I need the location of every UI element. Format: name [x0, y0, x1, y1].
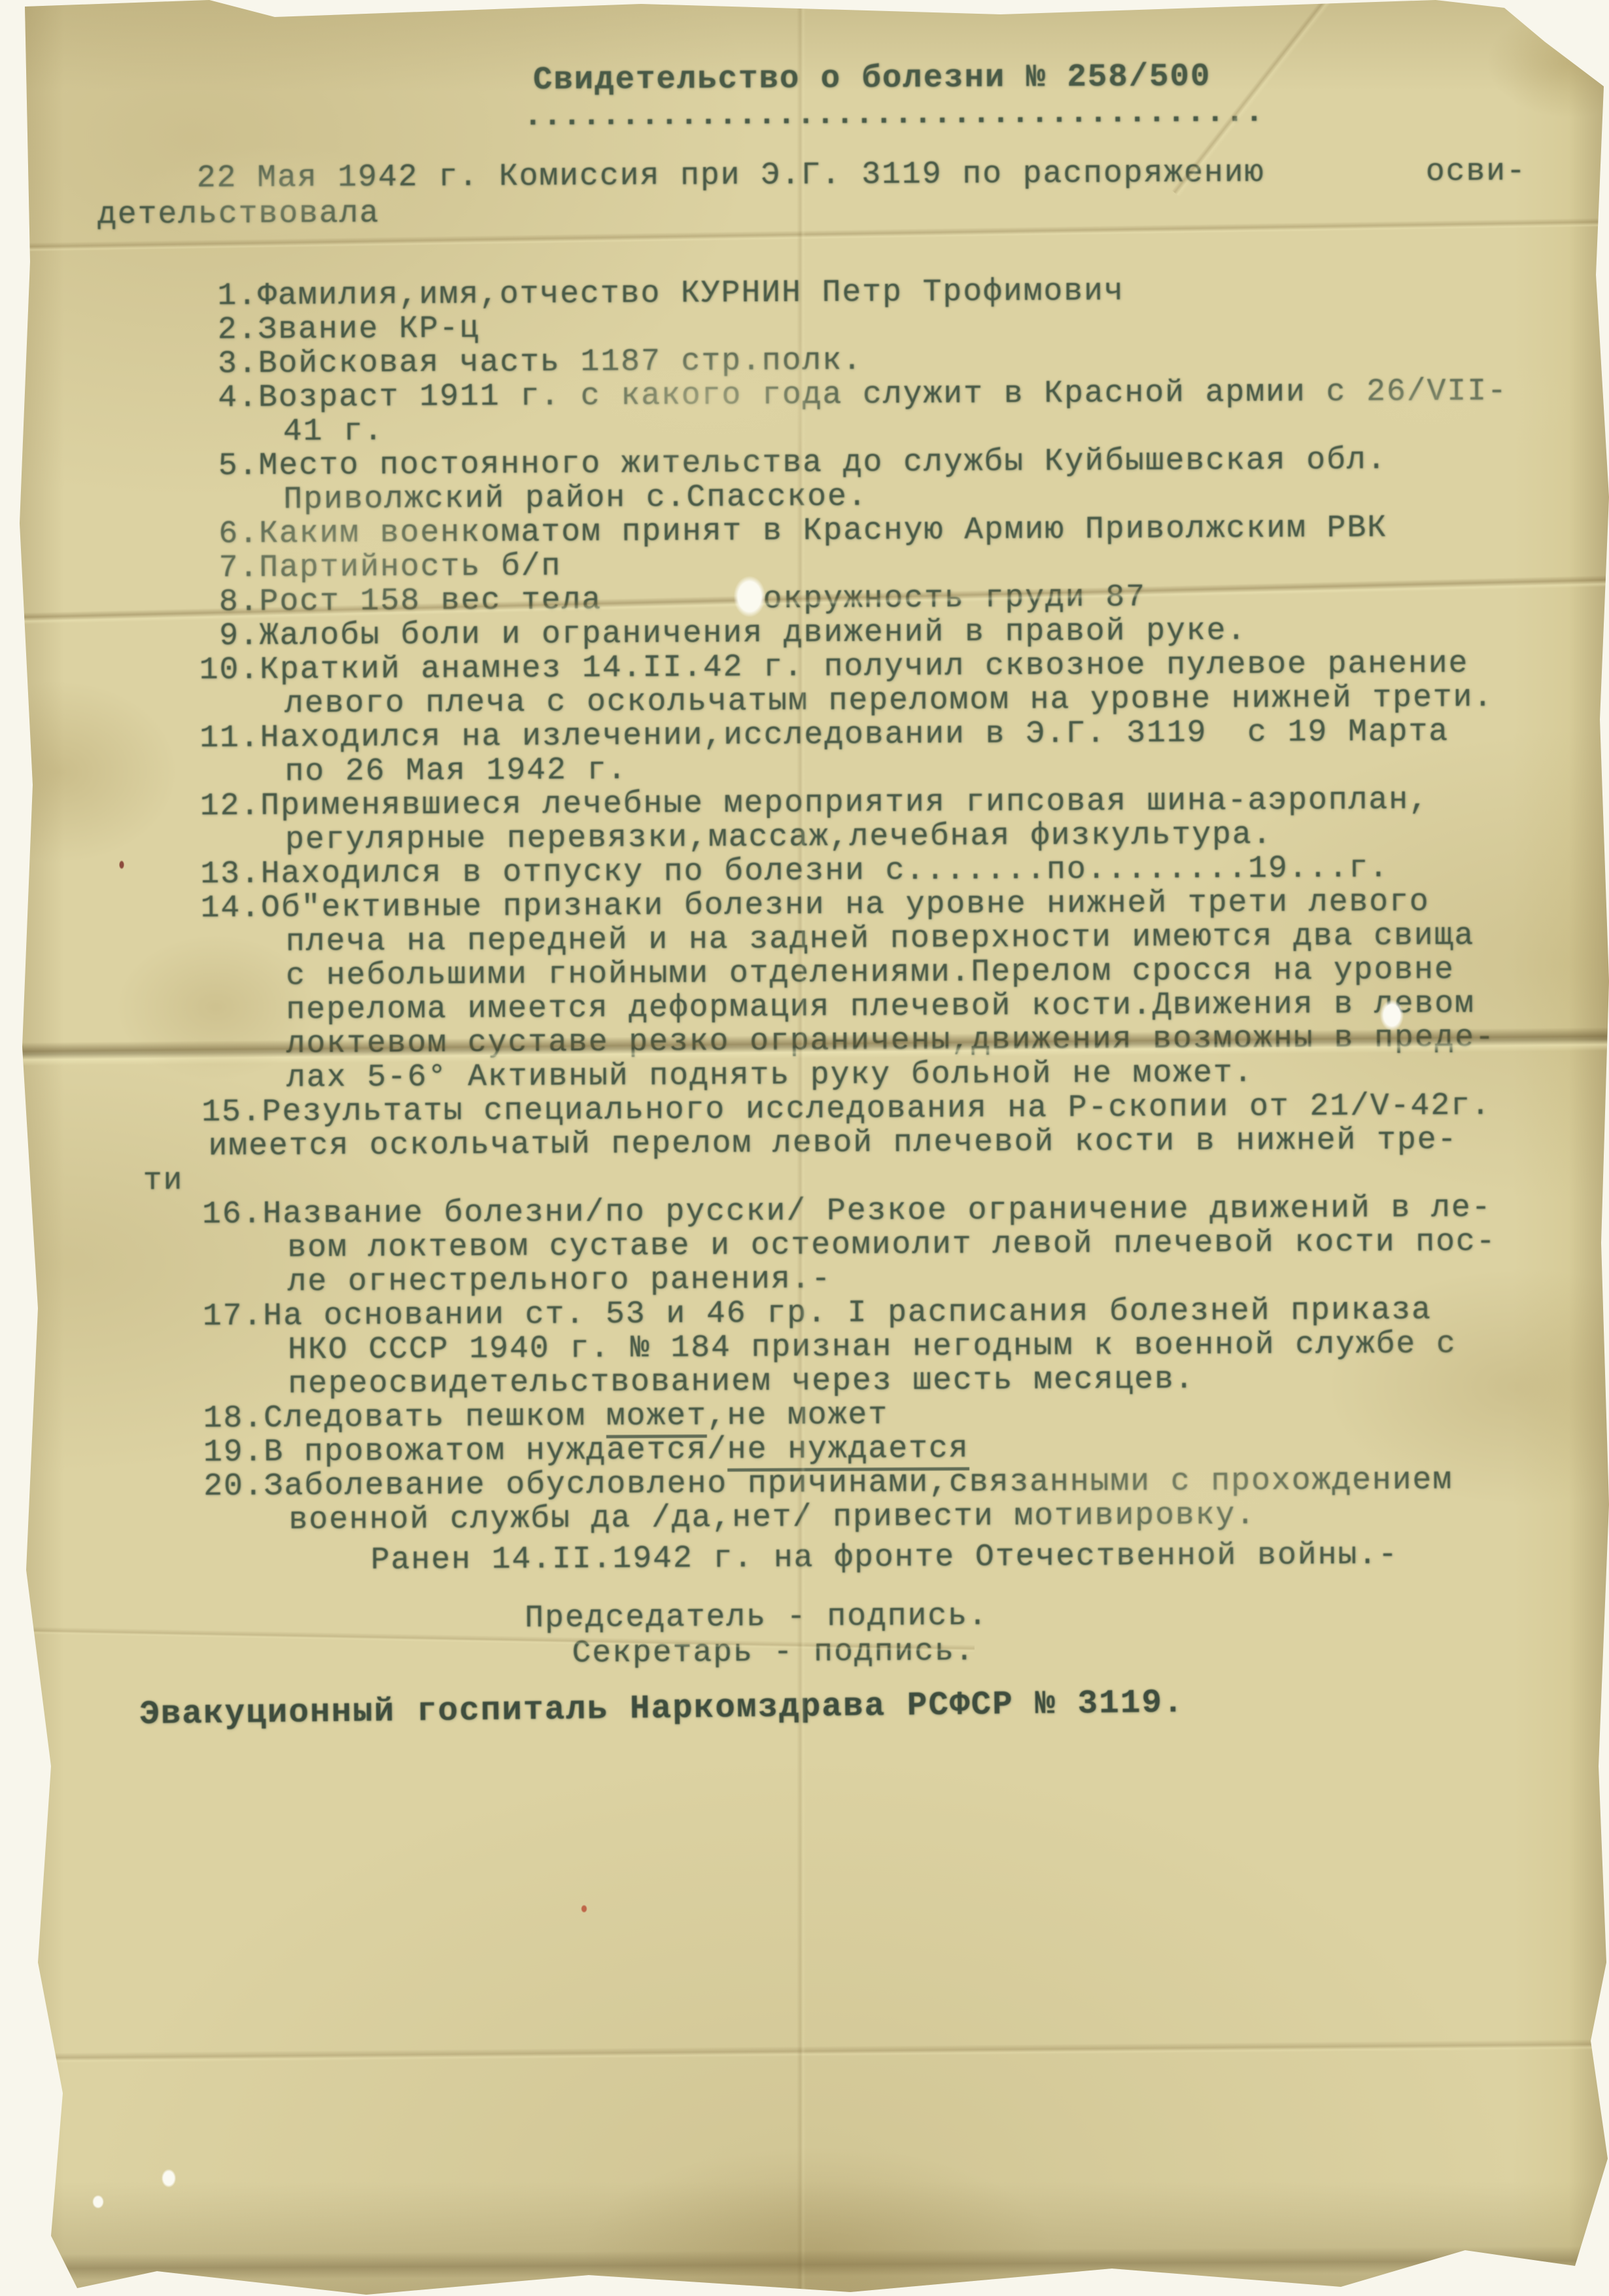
text-segment: 2.Звание КР-ц — [198, 311, 480, 348]
text-segment: по 26 Мая 1942 г. — [285, 753, 627, 790]
document-line: 6.Каким военкоматом принят в Красную Арм… — [199, 510, 1540, 551]
text-segment: 4.Возраст 1911 г. с какого года служит в… — [198, 374, 1508, 416]
text-segment: 11.Находился на излечении,исследовании в… — [199, 714, 1449, 756]
text-segment: 20.Заболевание обусловлено причинами,свя… — [203, 1463, 1453, 1505]
aged-paper-sheet: Свидетельство о болезни № 258/500 ......… — [0, 0, 1609, 2296]
secretary-signature-line: Секретарь - подпись. — [572, 1635, 975, 1671]
document-title: Свидетельство о болезни № 258/500 — [533, 60, 1211, 97]
title-underline-dots: ...................................... — [523, 96, 1264, 134]
chairman-signature-line: Председатель - подпись. — [525, 1599, 988, 1636]
document-line: 20.Заболевание обусловлено причинами,свя… — [203, 1463, 1544, 1504]
text-segment: переосвидетельствованием через шесть мес… — [288, 1362, 1194, 1402]
typewritten-content: Свидетельство о болезни № 258/500 ......… — [0, 0, 1609, 2296]
document-line: 12.Применявшиеся лечебные мероприятия ги… — [200, 782, 1541, 824]
text-segment: 5.Место постоянного жительства до службы… — [198, 443, 1387, 485]
intro-line-2: детельствовала — [97, 197, 380, 232]
text-segment: ле огнестрельного ранения.- — [287, 1262, 831, 1300]
text-segment: 1.Фамилия,имя,отчество КУРНИН Петр Трофи… — [198, 274, 1124, 314]
text-segment: имеется оскольчатый перелом левой плечев… — [208, 1122, 1457, 1164]
wounded-statement-line: Ранен 14.II.1942 г. на фронте Отечествен… — [371, 1538, 1398, 1577]
document-line: вом локтевом суставе и остеомиолит левой… — [287, 1225, 1543, 1265]
text-segment: НКО СССР 1940 г. № 184 признан негодным … — [288, 1327, 1457, 1368]
document-line: имеется оскольчатый перелом левой плечев… — [208, 1122, 1542, 1164]
document-line: 4.Возраст 1911 г. с какого года служит в… — [198, 374, 1538, 415]
text-segment: 18.Следовать пешком — [203, 1399, 606, 1436]
hospital-stamp-line: Эвакуционный госпиталь Наркомздрава РСФС… — [139, 1686, 1185, 1732]
intro-line-1: 22 Мая 1942 г. Комиссия при Э.Г. 3119 по… — [197, 154, 1527, 196]
numbered-items-list: 1.Фамилия,имя,отчество КУРНИН Петр Трофи… — [198, 272, 1545, 1538]
document-line: НКО СССР 1940 г. № 184 признан негодным … — [288, 1327, 1544, 1367]
text-segment: 3.Войсковая часть 1187 стр.полк. — [198, 343, 863, 382]
document-line: военной службы да /да,нет/ привести моти… — [288, 1497, 1544, 1537]
text-segment: 7.Партийность б/п — [199, 549, 562, 586]
document-line: 5.Место постоянного жительства до службы… — [198, 442, 1539, 483]
text-segment: 41 г. — [283, 414, 384, 450]
text-segment: 6.Каким военкоматом принят в Красную Арм… — [199, 511, 1388, 553]
document-line: 11.Находился на излечении,исследовании в… — [199, 714, 1540, 756]
document-line: локтевом суставе резко ограничены,движен… — [286, 1020, 1542, 1061]
text-segment: ти — [143, 1163, 184, 1198]
text-segment: вом локтевом суставе и остеомиолит левой… — [287, 1225, 1497, 1266]
text-segment: локтевом суставе резко ограничены,движен… — [286, 1020, 1496, 1062]
text-segment: 19.В провожатом нуждается/ — [203, 1433, 727, 1470]
text-segment: военной службы да /да,нет/ привести моти… — [288, 1498, 1256, 1539]
text-segment: ,не может — [707, 1398, 889, 1434]
text-segment: Приволжский район с.Спасское. — [283, 479, 868, 518]
